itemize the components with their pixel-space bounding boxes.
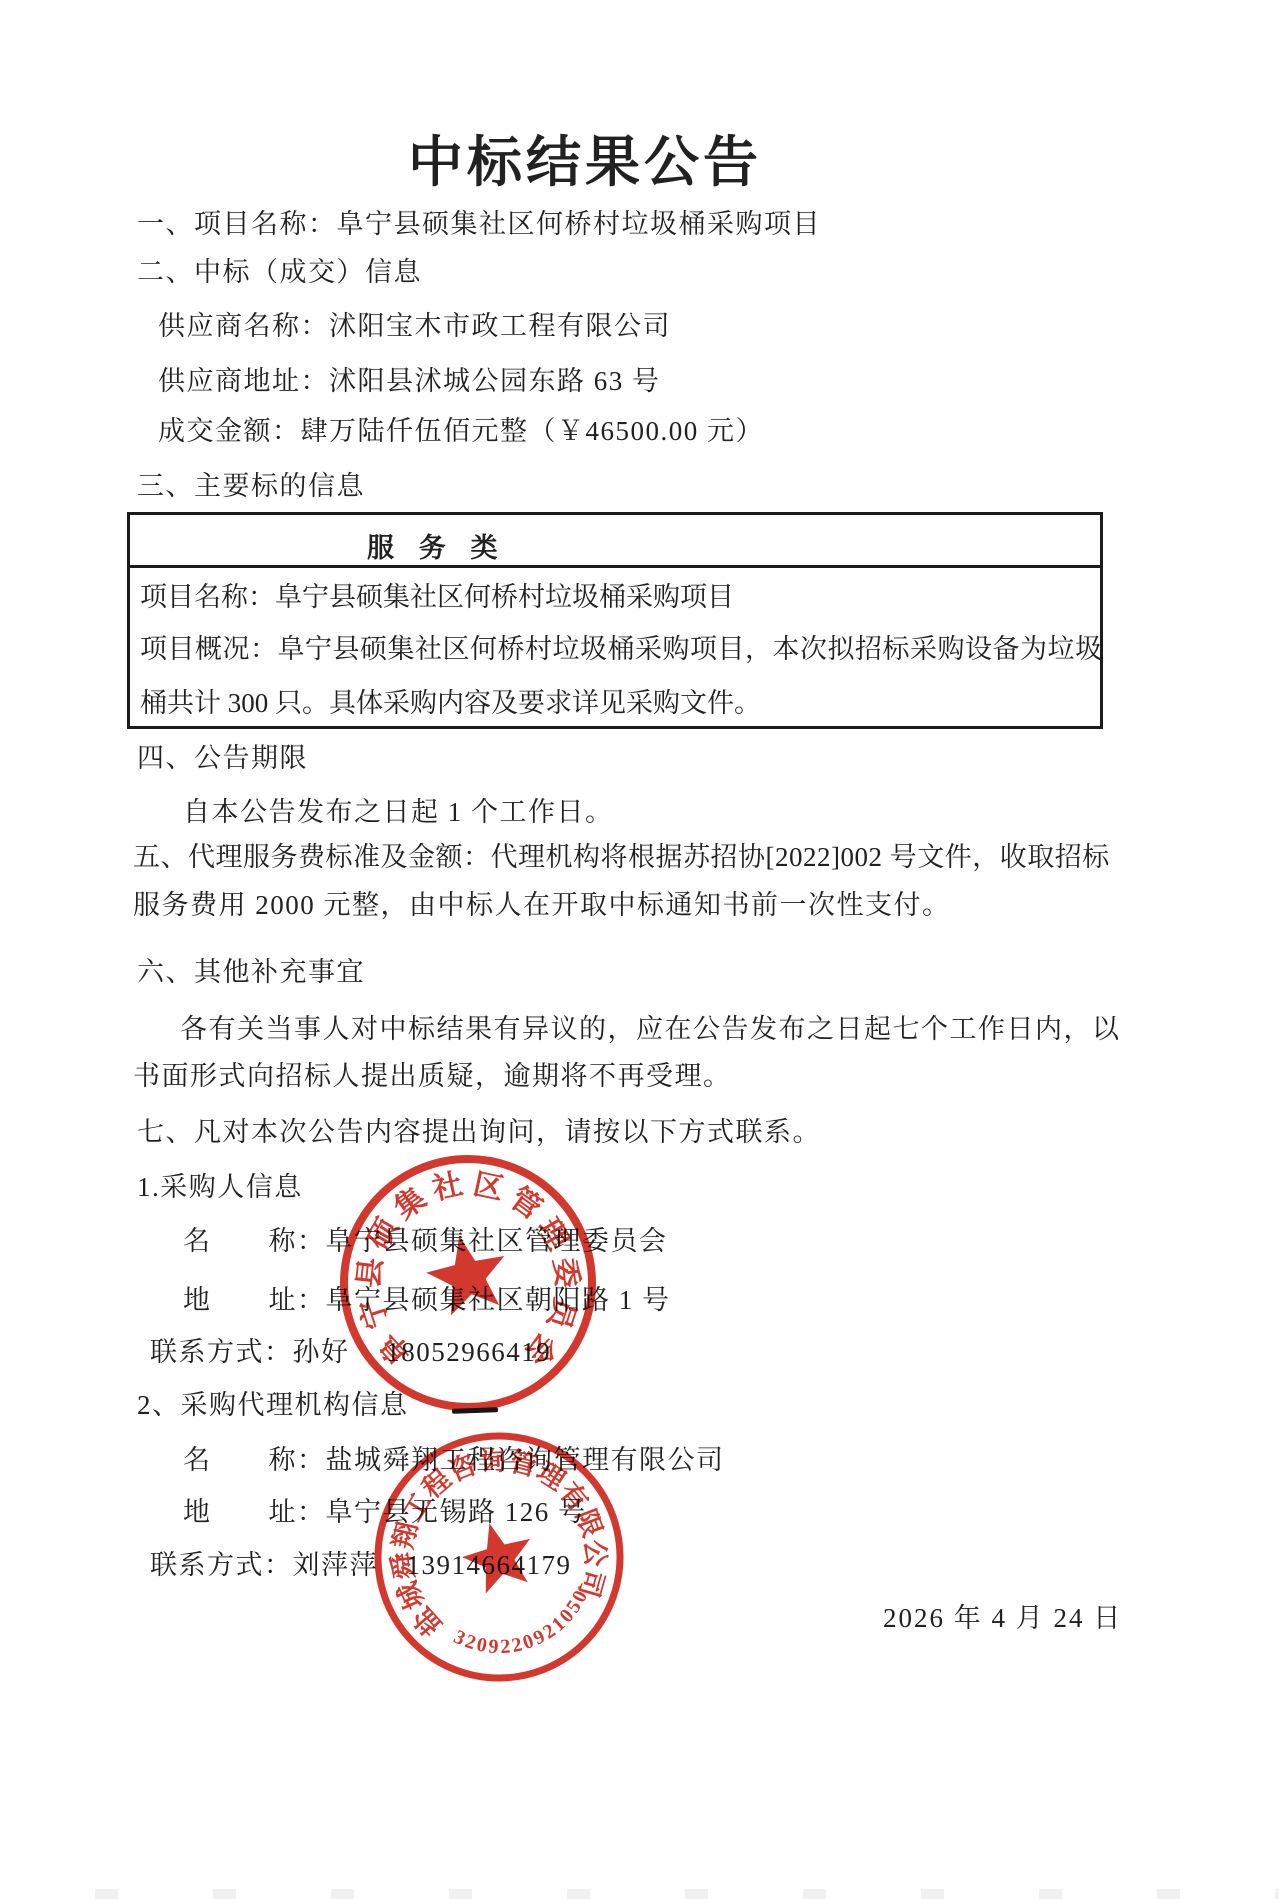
table-row-project-overview-cont: 桶共计 300 只。具体采购内容及要求详见采购文件。 <box>140 681 761 720</box>
doc-line-agency-fee: 五、代理服务费标准及金额：代理机构将根据苏招协[2022]002 号文件，收取招… <box>133 841 1110 873</box>
doc-line-notice-period: 四、公告期限 <box>137 742 308 774</box>
svg-text:社: 社 <box>429 1168 465 1207</box>
svg-text:县: 县 <box>353 1256 389 1289</box>
svg-text:硕: 硕 <box>361 1212 405 1255</box>
doc-line-supplier-name: 供应商名称：沭阳宝木市政工程有限公司 <box>158 310 671 342</box>
svg-text:管: 管 <box>504 1182 548 1226</box>
table-row-project-overview: 项目概况：阜宁县硕集社区何桥村垃圾桶采购项目，本次拟招标采购设备为垃圾 <box>140 627 1103 666</box>
svg-text:9: 9 <box>488 1636 499 1659</box>
svg-text:宁: 宁 <box>354 1294 395 1333</box>
svg-text:会: 会 <box>519 1326 564 1370</box>
svg-text:员: 员 <box>540 1294 581 1335</box>
svg-text:舜: 舜 <box>387 1551 419 1581</box>
doc-line-objection: 各有关当事人对中标结果有异议的，应在公告发布之日起七个工作日内，以 <box>180 1013 1121 1045</box>
svg-text:理: 理 <box>531 1213 575 1255</box>
svg-text:委: 委 <box>548 1256 584 1289</box>
subject-info-table: 服 务 类 项目名称：阜宁县硕集社区何桥村垃圾桶采购项目 项目概况：阜宁县硕集社… <box>127 512 1103 729</box>
doc-line-objection-cont: 书面形式向招标人提出质疑，逾期将不再受理。 <box>133 1060 732 1092</box>
doc-line-other-matters: 六、其他补充事宜 <box>137 956 365 988</box>
doc-line-subject-info: 三、主要标的信息 <box>137 470 365 502</box>
announcement-document: 中标结果公告 一、项目名称：阜宁县硕集社区何桥村垃圾桶采购项目 二、中标（成交）… <box>0 0 1279 1899</box>
doc-line-award-amount: 成交金额：肆万陆仟伍佰元整（￥46500.00 元） <box>158 415 764 447</box>
doc-line-notice-period-text: 自本公告发布之日起 1 个工作日。 <box>183 796 614 828</box>
purchaser-seal-stamp: 阜宁县硕集社区管理委员会 <box>333 1148 603 1418</box>
doc-line-agency-fee-cont: 服务费用 2000 元整，由中标人在开取中标通知书前一次性支付。 <box>133 889 951 921</box>
agency-seal-stamp: 盐城舜翔工程咨询管理有限公司3209220921050 <box>364 1422 634 1692</box>
doc-date: 2026 年 4 月 24 日 <box>883 1602 1122 1634</box>
svg-text:区: 区 <box>470 1168 506 1207</box>
doc-line-purchaser-info: 1.采购人信息 <box>137 1171 303 1203</box>
page-title: 中标结果公告 <box>408 118 762 197</box>
svg-text:2: 2 <box>500 1635 512 1658</box>
table-header-service-class: 服 务 类 <box>367 526 507 565</box>
doc-line-contact-intro: 七、凡对本次公告内容提出询问，请按以下方式联系。 <box>137 1116 821 1148</box>
table-row-project-name: 项目名称：阜宁县硕集社区何桥村垃圾桶采购项目 <box>140 575 734 614</box>
scan-edge-artifact <box>0 1889 1279 1899</box>
doc-line-award-info: 二、中标（成交）信息 <box>137 256 422 288</box>
svg-text:公: 公 <box>579 1539 610 1567</box>
doc-line-supplier-address: 供应商地址：沭阳县沭城公园东路 63 号 <box>158 365 661 397</box>
svg-text:询: 询 <box>478 1445 507 1477</box>
table-header-divider <box>130 565 1100 568</box>
svg-text:阜: 阜 <box>373 1326 418 1370</box>
doc-line-project-name: 一、项目名称：阜宁县硕集社区何桥村垃圾桶采购项目 <box>137 208 821 240</box>
